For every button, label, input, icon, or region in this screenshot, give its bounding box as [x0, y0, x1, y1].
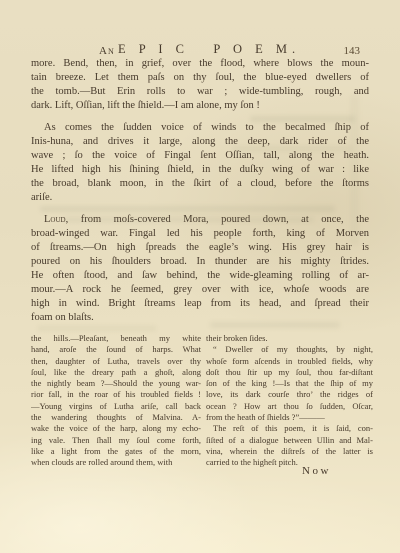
text-line: “ Dweller of my thoughts, by night, — [206, 344, 373, 355]
text-line: ocean ? How art thou ſo ſudden, Oſcar, — [206, 401, 373, 412]
text-line: broad-winged war. Fingal led his people … — [31, 227, 369, 241]
text-line: dark. Lift, Oſſian, lift the ſhield.—I a… — [31, 99, 369, 113]
text-line: doſt thou ſtir up my ſoul, thou far-diſt… — [206, 367, 373, 378]
text-line: hand, aroſe the ſound of harps. What — [31, 344, 201, 355]
text-line: tain breeze. Let them paſs on thy ſoul, … — [31, 71, 369, 85]
text-line: then, daughter of Lutha, travels over th… — [31, 356, 201, 367]
paragraph: Loud, from moſs-covered Mora, poured dow… — [31, 213, 369, 325]
text-line: whoſe form aſcends in troubled fields, w… — [206, 356, 373, 367]
text-line: carried to the higheſt pitch. — [206, 457, 373, 468]
paragraph: As comes the ſudden voice of winds to th… — [31, 121, 369, 205]
paragraph: the hills.—Pleaſant, beneath my whitehan… — [31, 333, 201, 469]
running-header: An E P I C P O E M. 143 — [31, 42, 370, 58]
paragraph: The reſt of this poem, it is ſaid, con-ſ… — [206, 423, 373, 468]
text-line: poured on his ſhoulders broad. In thunde… — [31, 255, 369, 269]
text-line: like a light from the gates of the morn, — [31, 446, 201, 457]
text-line: wave ; ſo the voice of Fingal ſent Oſſia… — [31, 149, 369, 163]
text-line: when clouds are rolled around them, with — [31, 457, 201, 468]
paragraph: more. Bend, then, in grief, over the flo… — [31, 57, 369, 113]
text-line: the broad, blank moon, in the ſkirt of a… — [31, 177, 369, 191]
text-line: —Young virgins of Lutha ariſe, call back — [31, 401, 201, 412]
text-line: more. Bend, then, in grief, over the flo… — [31, 57, 369, 71]
text-line: their broken ſides. — [206, 333, 373, 344]
text-line: of ſtreams.—On high ſpreads the eagle’s … — [31, 241, 369, 255]
text-line: the wandering thoughts of Malvina. A- — [31, 412, 201, 423]
paragraph: “ Dweller of my thoughts, by night,whoſe… — [206, 344, 373, 423]
catchword: Now — [302, 465, 331, 477]
small-caps-word: Loud, — [44, 214, 68, 225]
text-line: The reſt of this poem, it is ſaid, con- — [206, 423, 373, 434]
text-line: As comes the ſudden voice of winds to th… — [31, 121, 369, 135]
text-line: Inis-huna, and drives it large, along th… — [31, 135, 369, 149]
text-line: foam on blaſts. — [31, 311, 369, 325]
text-line: mour.—A rock he ſeemed, grey over with i… — [31, 283, 369, 297]
text-line: ariſe. — [31, 191, 369, 205]
text-line: the tomb.—But Erin rolls to war ; wide-t… — [31, 85, 369, 99]
text-line: high in wind. Bright ſtreams leap from i… — [31, 297, 369, 311]
text-line: the nightly beam ?—Should the young war- — [31, 378, 201, 389]
text-line: ſiſted of a dialogue between Ullin and M… — [206, 435, 373, 446]
text-line: the hills.—Pleaſant, beneath my white — [31, 333, 201, 344]
text-line: Loud, from moſs-covered Mora, poured dow… — [31, 213, 369, 227]
text-line: ſoul, like the dreary path a ghoſt, alon… — [31, 367, 201, 378]
text-line: wake the voice of the harp, along my ech… — [31, 423, 201, 434]
page-number: 143 — [344, 45, 361, 57]
text-line: rior fall, in the roar of his troubled f… — [31, 389, 201, 400]
header-article: An — [99, 45, 115, 57]
text-line: ſon of the king !—Is that the ſhip of my — [206, 378, 373, 389]
main-text-block: more. Bend, then, in grief, over the flo… — [31, 57, 369, 333]
text-line: He lifted high his ſhining ſhield, in th… — [31, 163, 369, 177]
footnote-right-column: their broken ſides.“ Dweller of my thoug… — [206, 333, 373, 469]
footnote-left-column: the hills.—Pleaſant, beneath my whitehan… — [31, 333, 201, 469]
text-line: He often ſtood, and ſaw behind, the wide… — [31, 269, 369, 283]
page-title: E P I C P O E M. — [118, 42, 300, 57]
book-page-scan: An E P I C P O E M. 143 more. Bend, then… — [0, 0, 400, 553]
paragraph: their broken ſides. — [206, 333, 373, 344]
text-line: vina, wherein the diſtreſs of the latter… — [206, 446, 373, 457]
text-line: ing vale. Then ſhall my ſoul come forth, — [31, 435, 201, 446]
text-line: love, its dark courſe thro’ the ridges o… — [206, 389, 373, 400]
text-line: from the heath of ſhields ?”——— — [206, 412, 373, 423]
